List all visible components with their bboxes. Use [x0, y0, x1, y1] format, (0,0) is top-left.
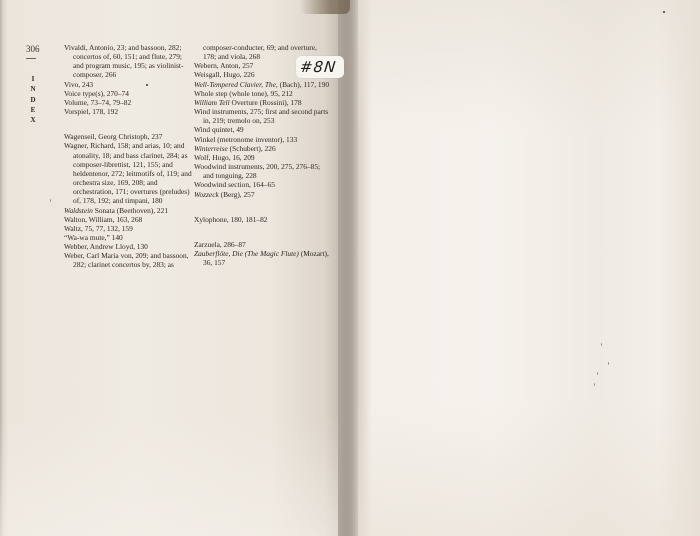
index-entry: Winkel (metronome inventor), 133	[194, 135, 330, 144]
entry-title-italic: Zauberflöte, Die (The Magic Flute)	[194, 249, 299, 258]
handwritten-label-sticker: #8N	[296, 56, 344, 78]
letter-group-gap	[64, 116, 194, 132]
index-entry: Well-Tempered Clavier, The, (Bach), 117,…	[194, 80, 330, 89]
ink-speck	[601, 343, 602, 346]
gutter-stain	[300, 0, 350, 14]
index-entry: Xylophone, 180, 181–82	[194, 215, 330, 224]
page-number-rule	[26, 58, 36, 59]
index-entry: Webber, Andrew Lloyd, 130	[64, 242, 194, 251]
index-entry: Wolf, Hugo, 16, 209	[194, 153, 330, 162]
right-page-blank	[358, 0, 700, 536]
letter-group-gap	[194, 199, 330, 215]
entry-title-italic: Well-Tempered Clavier, The,	[194, 80, 278, 89]
running-head-letter: E	[29, 105, 37, 115]
entry-title-italic: Wozzeck	[194, 190, 219, 199]
letter-group-gap	[194, 224, 330, 240]
entry-text: Sonata (Beethoven), 221	[93, 206, 168, 215]
index-entry: Waldstein Sonata (Beethoven), 221	[64, 206, 194, 215]
ink-speck	[146, 84, 148, 86]
running-head-letter: N	[29, 84, 37, 94]
index-entry: Wozzeck (Berg), 257	[194, 190, 330, 199]
entry-title-italic: Waldstein	[64, 206, 93, 215]
ink-speck	[608, 362, 609, 365]
sticker-label: #8N	[299, 58, 337, 76]
running-head-index: I N D E X	[29, 74, 37, 125]
index-entry: Vivaldi, Antonio, 23; and bassoon, 282; …	[64, 43, 194, 80]
entry-text: (Bach), 117, 190	[278, 80, 329, 89]
book-gutter	[338, 0, 358, 536]
index-entry: Woodwind section, 164–65	[194, 180, 330, 189]
ink-speck	[594, 383, 595, 386]
entry-text: Overture (Rossini), 178	[230, 98, 302, 107]
ink-speck	[50, 199, 51, 202]
index-entry: Wind quintet, 49	[194, 125, 330, 134]
index-entry: Zauberflöte, Die (The Magic Flute) (Moza…	[194, 249, 330, 267]
index-entry: Wagenseil, Georg Christoph, 237	[64, 132, 194, 141]
index-entry: Vorspiel, 178, 192	[64, 107, 194, 116]
ink-speck	[597, 372, 598, 375]
index-entry: “Wa-wa mute,” 140	[64, 233, 194, 242]
index-entry: William Tell Overture (Rossini), 178	[194, 98, 330, 107]
index-entry: Volume, 73–74, 79–82	[64, 98, 194, 107]
index-entry: Wind instruments, 275; first and second …	[194, 107, 330, 125]
left-page: 306 I N D E X Vivaldi, Antonio, 23; and …	[0, 0, 338, 536]
page-number: 306	[26, 44, 40, 54]
index-column-1: Vivaldi, Antonio, 23; and bassoon, 282; …	[64, 43, 194, 270]
index-entry: Zarzuela, 286–87	[194, 240, 330, 249]
index-entry: Whole step (whole tone), 95, 212	[194, 89, 330, 98]
running-head-letter: D	[29, 95, 37, 105]
index-entry: Walton, William, 163, 268	[64, 215, 194, 224]
entry-title-italic: William Tell	[194, 98, 230, 107]
index-entry: Woodwind instruments, 200, 275, 276–85; …	[194, 162, 330, 180]
entry-text: (Berg), 257	[219, 190, 255, 199]
index-entry: Waltz, 75, 77, 132, 159	[64, 224, 194, 233]
index-entry: Vivo, 243	[64, 80, 194, 89]
running-head-letter: X	[29, 115, 37, 125]
index-entry: Weber, Carl Maria von, 209; and bassoon,…	[64, 251, 194, 269]
index-entry: Winterreise (Schubert), 226	[194, 144, 330, 153]
index-entry: Wagner, Richard, 158; and arias, 10; and…	[64, 141, 194, 205]
entry-title-italic: Winterreise	[194, 144, 228, 153]
index-entry: Voice type(s), 270–74	[64, 89, 194, 98]
running-head-letter: I	[29, 74, 37, 84]
entry-text: (Schubert), 226	[228, 144, 276, 153]
ink-speck	[663, 11, 665, 13]
